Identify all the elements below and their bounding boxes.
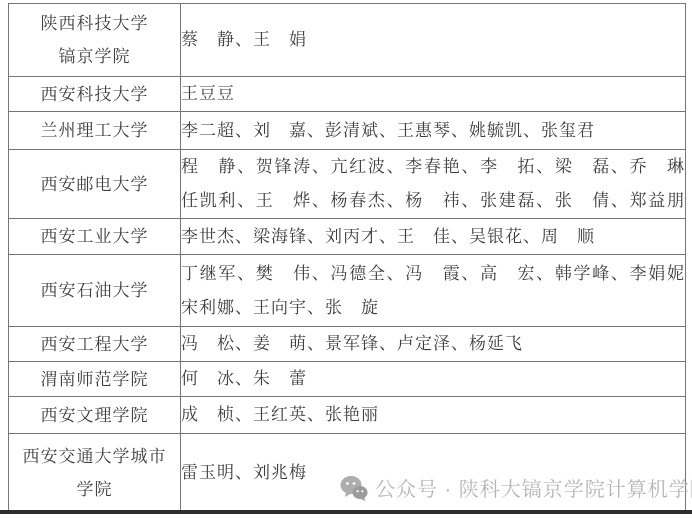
names-line: 宋利娜、王向宇、张 旋 xyxy=(181,291,685,325)
names-cell: 王豆豆 xyxy=(181,77,686,112)
table-row: 渭南师范学院 何 冰、朱 蕾 xyxy=(9,362,686,397)
university-name-line: 西安文理学院 xyxy=(9,399,180,432)
university-cell: 西安工程大学 xyxy=(9,327,181,362)
university-cell: 西安石油大学 xyxy=(9,255,181,327)
table-row: 西安邮电大学 程 静、贺锋涛、亢红波、李春艳、李 拓、梁 磊、乔 琳 任凯利、王… xyxy=(9,150,686,219)
names-line: 何 冰、朱 蕾 xyxy=(181,362,685,396)
table-row: 西安石油大学 丁继军、樊 伟、冯德全、冯 霞、高 宏、韩学峰、李娟妮 宋利娜、王… xyxy=(9,255,686,327)
university-cell: 西安邮电大学 xyxy=(9,150,181,219)
wechat-icon xyxy=(340,475,368,501)
university-cell: 西安文理学院 xyxy=(9,397,181,434)
university-cell: 渭南师范学院 xyxy=(9,362,181,397)
university-cell: 西安科技大学 xyxy=(9,77,181,112)
university-name-line: 西安工业大学 xyxy=(9,220,180,253)
table-row: 西安工程大学 冯 松、姜 萌、景军锋、卢定泽、杨延飞 xyxy=(9,327,686,362)
names-cell: 丁继军、樊 伟、冯德全、冯 霞、高 宏、韩学峰、李娟妮 宋利娜、王向宇、张 旋 xyxy=(181,255,686,327)
names-cell: 何 冰、朱 蕾 xyxy=(181,362,686,397)
university-name-line: 学院 xyxy=(9,473,180,506)
names-line: 成 桢、王红英、张艳丽 xyxy=(181,398,685,432)
table-row: 西安工业大学 李世杰、梁海锋、刘丙才、王 佳、吴银花、周 顺 xyxy=(9,219,686,255)
names-cell: 李二超、刘 嘉、彭清斌、王惠琴、姚毓凯、张玺君 xyxy=(181,112,686,150)
university-cell: 陕西科技大学 镐京学院 xyxy=(9,4,181,77)
names-line: 程 静、贺锋涛、亢红波、李春艳、李 拓、梁 磊、乔 琳 xyxy=(181,150,685,184)
names-cell: 蔡 静、王 娟 xyxy=(181,4,686,77)
university-name-line: 西安交通大学城市 xyxy=(9,440,180,473)
names-cell: 冯 松、姜 萌、景军锋、卢定泽、杨延飞 xyxy=(181,327,686,362)
university-name-line: 渭南师范学院 xyxy=(9,363,180,396)
university-name-line: 西安邮电大学 xyxy=(9,168,180,201)
university-cell: 西安交通大学城市 学院 xyxy=(9,434,181,512)
names-cell: 李世杰、梁海锋、刘丙才、王 佳、吴银花、周 顺 xyxy=(181,219,686,255)
watermark: 公众号 · 陕科大镐京学院计算机学院 xyxy=(340,473,692,502)
names-line: 丁继军、樊 伟、冯德全、冯 霞、高 宏、韩学峰、李娟妮 xyxy=(181,257,685,291)
award-table: 陕西科技大学 镐京学院 蔡 静、王 娟 西安科技大学 王豆豆 兰州理工大学 李二… xyxy=(8,3,686,512)
names-line: 李二超、刘 嘉、彭清斌、王惠琴、姚毓凯、张玺君 xyxy=(181,114,685,148)
table-row: 西安科技大学 王豆豆 xyxy=(9,77,686,112)
names-line: 冯 松、姜 萌、景军锋、卢定泽、杨延飞 xyxy=(181,327,685,361)
names-cell: 成 桢、王红英、张艳丽 xyxy=(181,397,686,434)
names-line: 任凯利、王 烨、杨春杰、杨 祎、张建磊、张 倩、郑益朋 xyxy=(181,184,685,218)
page-bottom-edge xyxy=(0,510,692,514)
names-cell: 程 静、贺锋涛、亢红波、李春艳、李 拓、梁 磊、乔 琳 任凯利、王 烨、杨春杰、… xyxy=(181,150,686,219)
university-cell: 西安工业大学 xyxy=(9,219,181,255)
table-row: 陕西科技大学 镐京学院 蔡 静、王 娟 xyxy=(9,4,686,77)
university-name-line: 镐京学院 xyxy=(9,40,180,73)
university-name-line: 西安科技大学 xyxy=(9,78,180,111)
university-name-line: 西安工程大学 xyxy=(9,328,180,361)
university-name-line: 陕西科技大学 xyxy=(9,7,180,40)
university-name-line: 西安石油大学 xyxy=(9,274,180,307)
table-row: 兰州理工大学 李二超、刘 嘉、彭清斌、王惠琴、姚毓凯、张玺君 xyxy=(9,112,686,150)
names-line: 李世杰、梁海锋、刘丙才、王 佳、吴银花、周 顺 xyxy=(181,220,685,254)
university-name-line: 兰州理工大学 xyxy=(9,114,180,147)
names-line: 蔡 静、王 娟 xyxy=(181,23,685,57)
table-row: 西安文理学院 成 桢、王红英、张艳丽 xyxy=(9,397,686,434)
names-line: 王豆豆 xyxy=(181,77,685,111)
university-cell: 兰州理工大学 xyxy=(9,112,181,150)
watermark-text: 公众号 · 陕科大镐京学院计算机学院 xyxy=(375,473,692,502)
document-page: 陕西科技大学 镐京学院 蔡 静、王 娟 西安科技大学 王豆豆 兰州理工大学 李二… xyxy=(0,0,692,518)
